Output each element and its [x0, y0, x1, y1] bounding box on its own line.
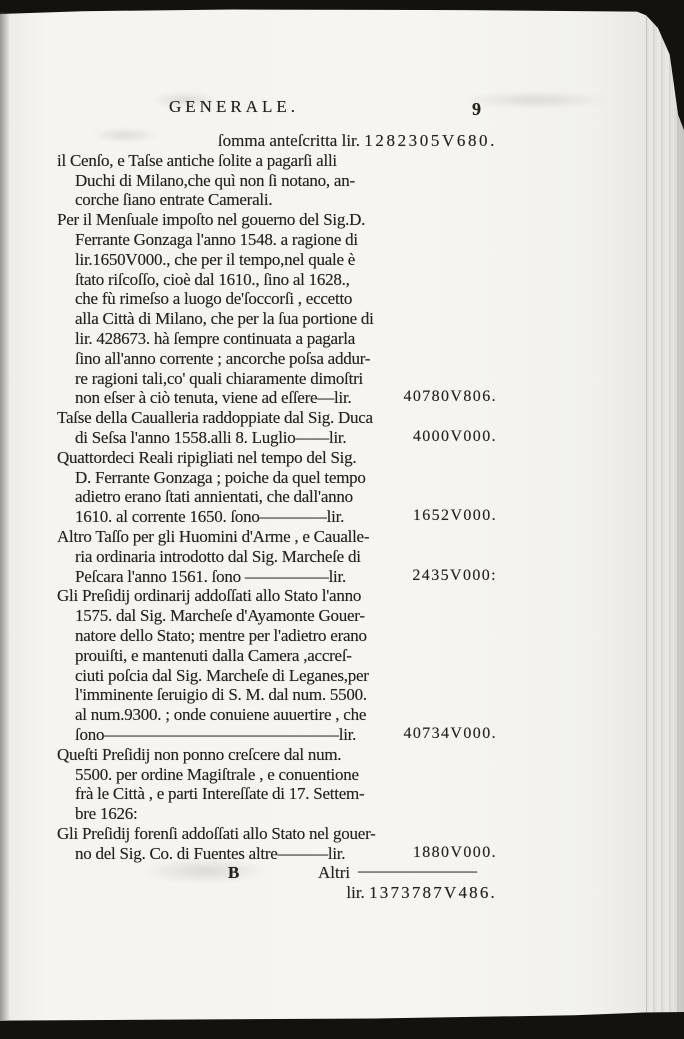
entry-text: Gli Preſidij ordinarij addoſſati allo St… [57, 586, 497, 744]
fore-edge-shadow [672, 0, 684, 1039]
entry-amount: 40734V000. [403, 724, 497, 744]
ledger-entries: il Cenſo, e Taſse antiche ſolite a pagar… [57, 151, 497, 864]
opening-line-label: ſomma anteſcritta lir. [218, 131, 364, 150]
page-title: GENERALE. [57, 96, 497, 118]
scanned-book-page: GENERALE. 9 ſomma anteſcritta lir. 12823… [0, 0, 684, 1039]
entry-amount: 40780V806. [403, 387, 497, 407]
entry-text: il Cenſo, e Taſse antiche ſolite a pagar… [57, 151, 497, 210]
ledger-entry: Altro Taſſo per gli Huomini d'Arme , e C… [57, 527, 497, 586]
entry-text: Per il Menſuale impoſto nel gouerno del … [57, 210, 497, 408]
entry-amount: 1880V000. [413, 843, 497, 863]
page-header: GENERALE. 9 [57, 96, 497, 120]
catchword-dash: ——————— [358, 861, 477, 881]
page-number: 9 [472, 100, 481, 118]
ledger-entry: Taſse della Caualleria raddoppiate dal S… [57, 408, 497, 448]
carry-total-prefix: lir. [346, 883, 369, 902]
entry-text: Queſti Preſidij non ponno creſcere dal n… [57, 745, 497, 824]
opening-carryover-line: ſomma anteſcritta lir. 1282305V680. [57, 131, 497, 151]
carry-total-line: lir. 1373787V486. [57, 883, 497, 903]
ledger-entry: Queſti Preſidij non ponno creſcere dal n… [57, 745, 497, 824]
ledger-entry: il Cenſo, e Taſse antiche ſolite a pagar… [57, 151, 497, 210]
ledger-entry: Gli Preſidij forenſi addoſſati allo Stat… [57, 824, 497, 864]
opening-line-amount: 1282305V680. [364, 131, 497, 150]
signature-mark: B [228, 863, 239, 883]
catchword: Altri [318, 863, 350, 883]
ledger-entry: Per il Menſuale impoſto nel gouerno del … [57, 210, 497, 408]
ledger-entry: Quattordeci Reali ripigliati nel tempo d… [57, 448, 497, 527]
entry-amount: 2435V000: [412, 566, 497, 586]
footer-row: B Altri ——————— [57, 863, 497, 883]
gutter-shadow [0, 12, 10, 1020]
entry-amount: 1652V000. [413, 506, 497, 526]
entry-amount: 4000V000. [413, 427, 497, 447]
ledger-entry: Gli Preſidij ordinarij addoſſati allo St… [57, 586, 497, 744]
carry-total-value: 1373787V486. [369, 883, 497, 902]
page-content: GENERALE. 9 ſomma anteſcritta lir. 12823… [57, 96, 497, 903]
